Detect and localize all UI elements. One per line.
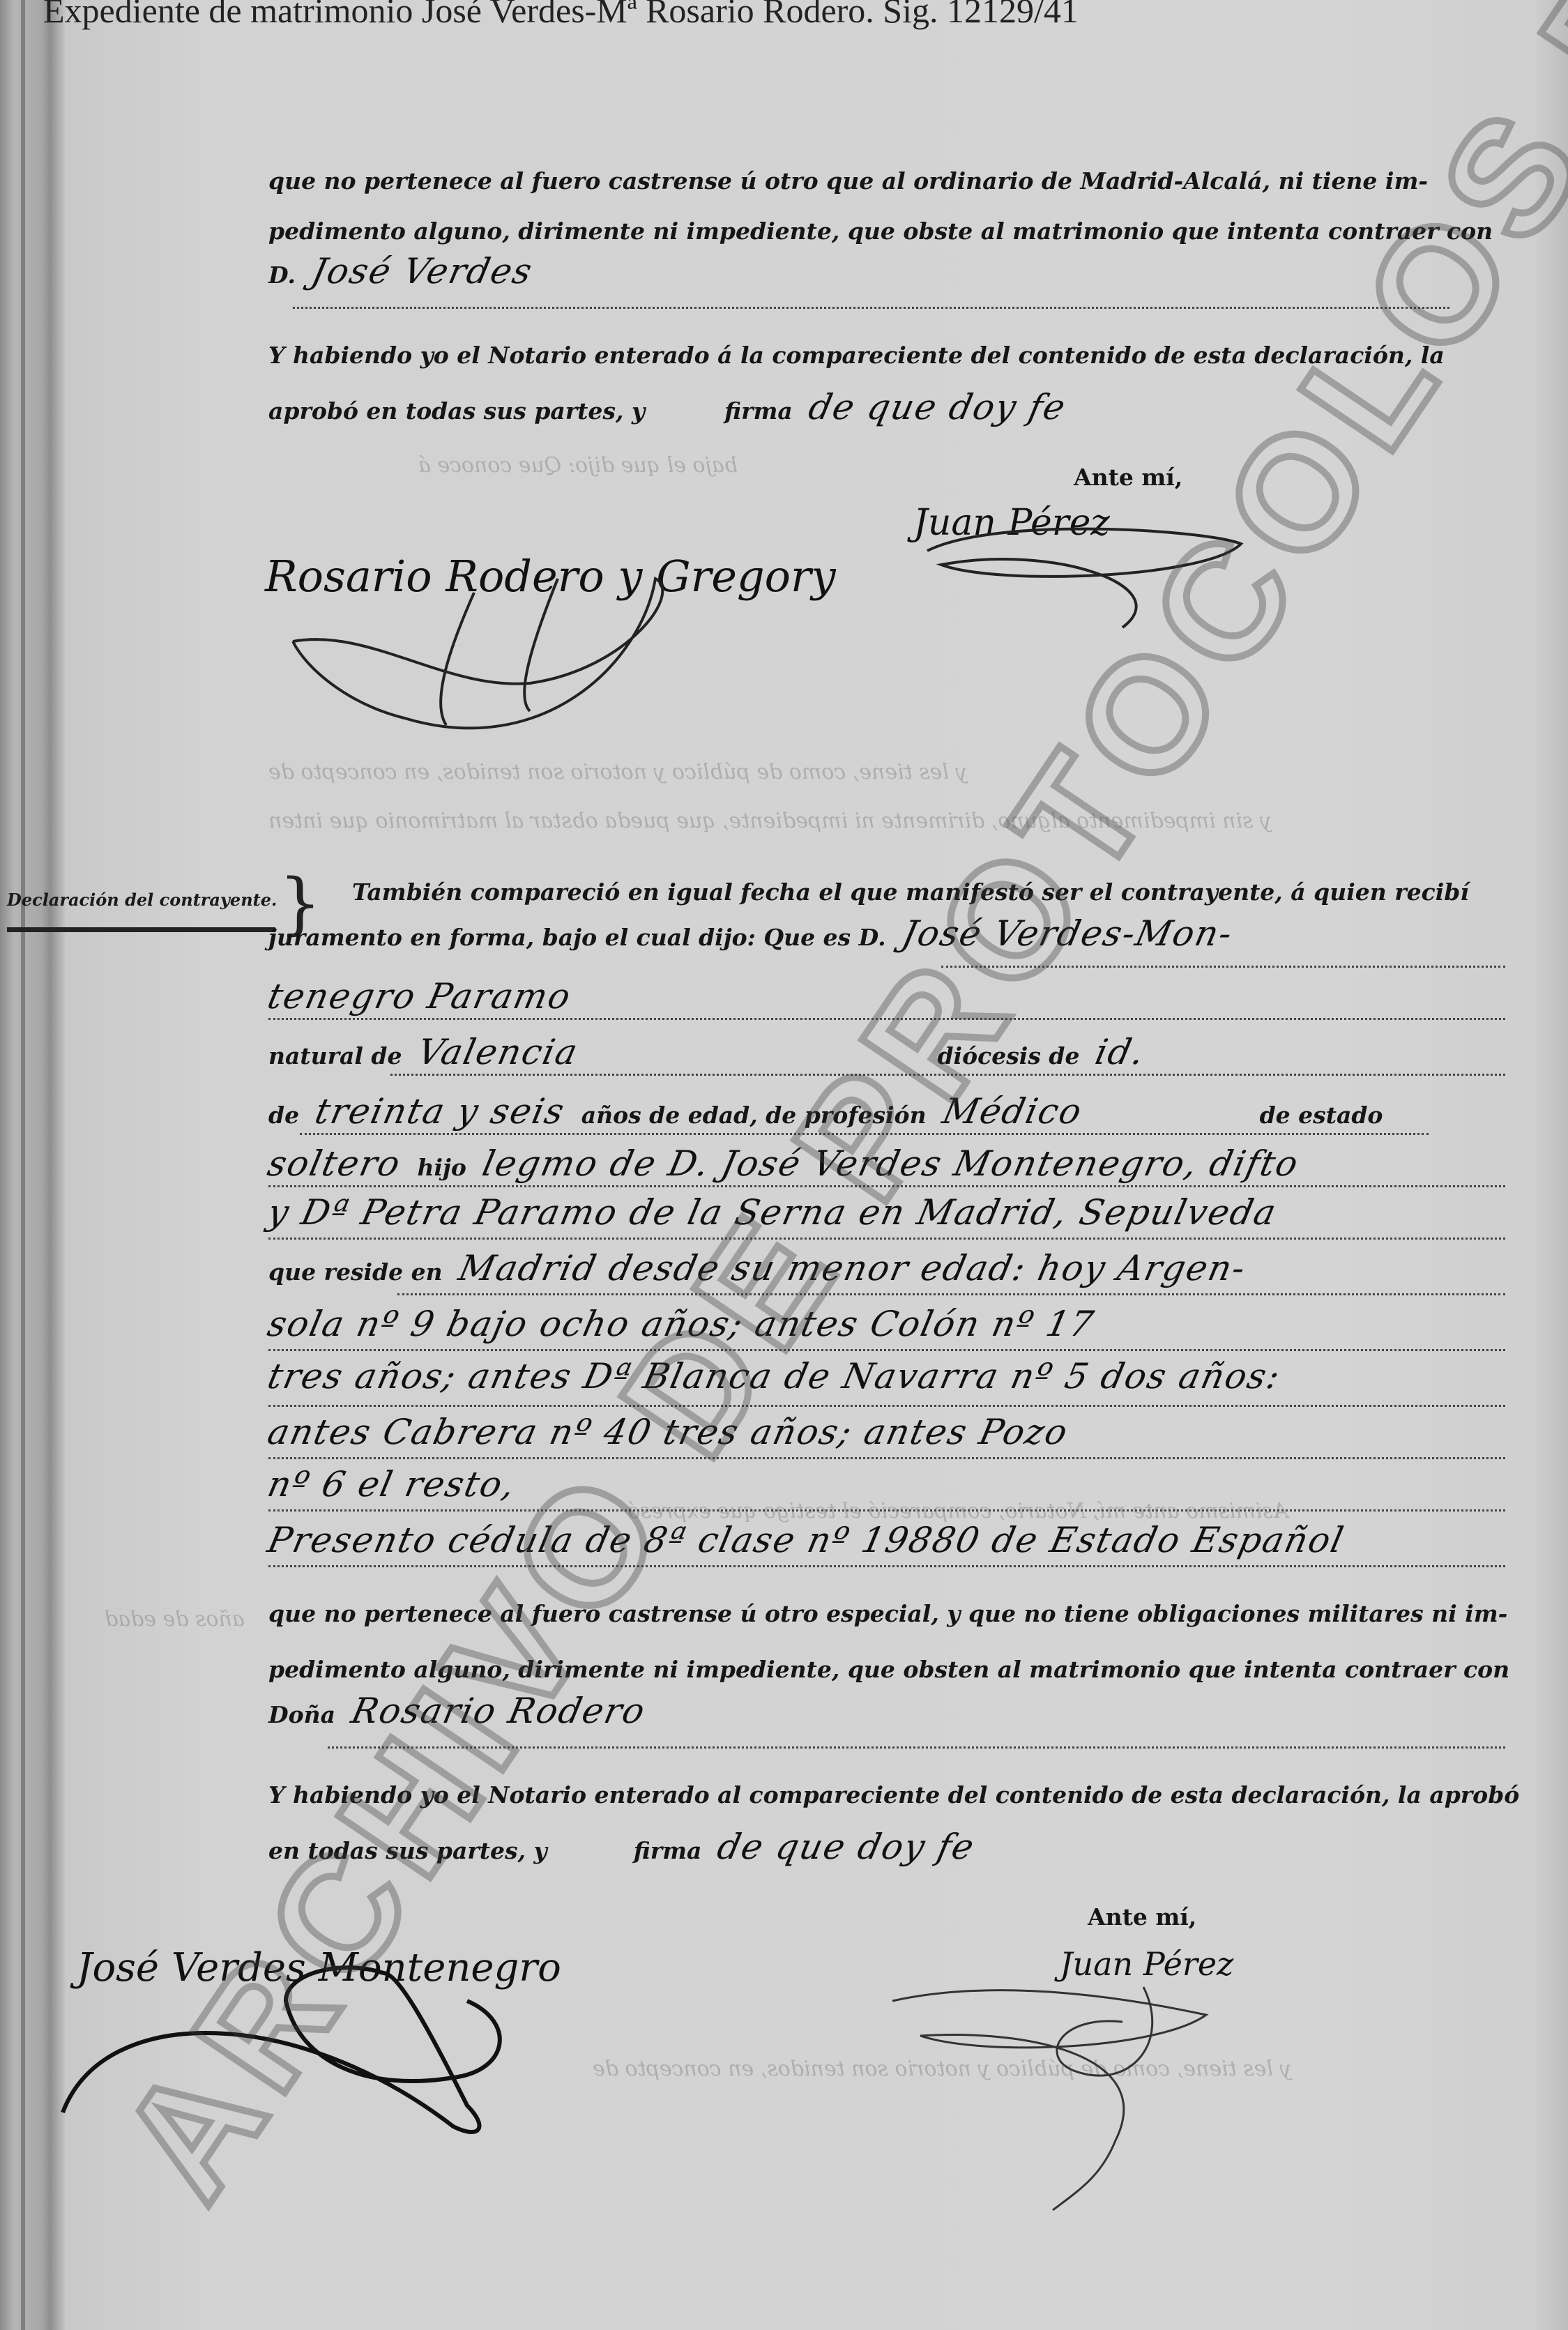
handwritten-residence: nº 6 el resto, [264, 1464, 519, 1505]
handwritten-estado: soltero [264, 1143, 405, 1184]
bleed-through-text: y les tiene, como de público y notorio s… [268, 760, 968, 784]
document-page: Expediente de matrimonio José Verdes-Mª … [0, 0, 1568, 2330]
bride-signature-flourish-icon [265, 551, 753, 746]
bleed-through-text: bajo el que dijo: Que conoce á [418, 453, 738, 478]
residence-row-2: sola nº 9 bajo ocho años; antes Colón nº… [268, 1304, 1505, 1344]
bride-decl-line-1: que no pertenece al fuero castrense ú ot… [268, 167, 1505, 195]
residence-row-4: antes Cabrera nº 40 tres años; antes Poz… [268, 1412, 1505, 1452]
document-caption: Expediente de matrimonio José Verdes-Mª … [43, 0, 1079, 31]
residence-row-3: tres años; antes Dª Blanca de Navarra nº… [268, 1356, 1505, 1396]
cedula-row: Presento cédula de 8ª clase nº 19880 de … [268, 1520, 1505, 1560]
ante-mi-label: Ante mí, [1074, 464, 1182, 491]
dotted-fill-line [293, 307, 1449, 309]
notary-signature-1: Juan Pérez [913, 502, 1110, 544]
residence-row-5: nº 6 el resto, [268, 1464, 1505, 1505]
dotted-fill-line [268, 1509, 1505, 1512]
handwritten-diocesis: id. [1092, 1032, 1149, 1072]
notary-flourish-icon [878, 1931, 1227, 2210]
groom-name-field: D. José Verdes [268, 251, 1505, 291]
handwritten-firma: de que doy fe [714, 1827, 979, 1867]
dotted-fill-line [268, 1349, 1505, 1351]
dotted-fill-line [268, 1405, 1505, 1407]
dotted-fill-line [268, 1565, 1505, 1567]
handwritten-groom-name: José Verdes [308, 251, 537, 291]
handwritten-firma: de que doy fe [805, 387, 1070, 427]
bleed-through-text: años de edad [105, 1607, 245, 1631]
handwritten-surname: tenegro Paramo [264, 976, 575, 1016]
margin-section-label: Declaración del contrayente. [0, 871, 293, 927]
bride-signature: Rosario Rodero y Gregory [265, 551, 836, 602]
dotted-fill-line [397, 1293, 1505, 1295]
binding-gutter [21, 0, 25, 2330]
margin-rule [7, 927, 275, 932]
dotted-fill-line [268, 1457, 1505, 1459]
bride-decl-line-2: pedimento alguno, dirimente ni impedient… [268, 218, 1505, 245]
handwritten-age: treinta y seis [312, 1091, 569, 1132]
notary-signature-2: Juan Pérez [1060, 1945, 1233, 1983]
ante-mi-label: Ante mí, [1088, 1903, 1196, 1931]
handwritten-cedula: Presento cédula de 8ª clase nº 19880 de … [264, 1520, 1348, 1560]
